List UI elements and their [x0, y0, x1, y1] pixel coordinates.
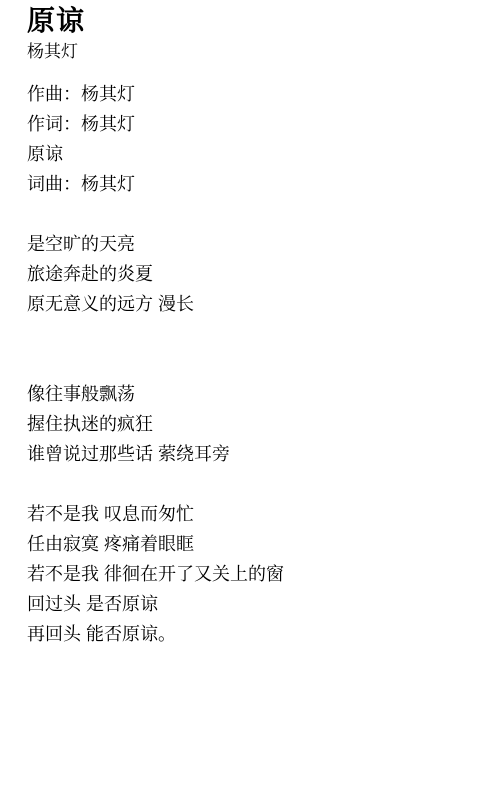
lyric-line: 作曲：杨其灯 [27, 79, 480, 109]
page-title: 原谅 [27, 2, 480, 40]
lyrics-body: 作曲：杨其灯作词：杨其灯原谅词曲：杨其灯是空旷的天亮旅途奔赴的炎夏原无意义的远方… [27, 79, 480, 649]
lyric-line [27, 319, 480, 349]
lyric-line: 握住执迷的疯狂 [27, 409, 480, 439]
lyric-line: 是空旷的天亮 [27, 229, 480, 259]
lyric-line: 再回头 能否原谅。 [27, 619, 480, 649]
lyric-line [27, 469, 480, 499]
lyric-line: 词曲：杨其灯 [27, 169, 480, 199]
lyrics-page: 原谅 杨其灯 作曲：杨其灯作词：杨其灯原谅词曲：杨其灯是空旷的天亮旅途奔赴的炎夏… [0, 0, 500, 649]
lyric-line: 作词：杨其灯 [27, 109, 480, 139]
artist-name: 杨其灯 [27, 40, 480, 64]
lyric-line: 回过头 是否原谅 [27, 589, 480, 619]
lyric-line [27, 349, 480, 379]
lyric-line: 原谅 [27, 139, 480, 169]
lyric-line: 任由寂寞 疼痛着眼眶 [27, 529, 480, 559]
lyric-line: 旅途奔赴的炎夏 [27, 259, 480, 289]
lyric-line: 若不是我 叹息而匆忙 [27, 499, 480, 529]
lyric-line: 若不是我 徘徊在开了又关上的窗 [27, 559, 480, 589]
lyric-line: 谁曾说过那些话 萦绕耳旁 [27, 439, 480, 469]
lyric-line: 像往事般飘荡 [27, 379, 480, 409]
lyric-line [27, 199, 480, 229]
lyric-line: 原无意义的远方 漫长 [27, 289, 480, 319]
